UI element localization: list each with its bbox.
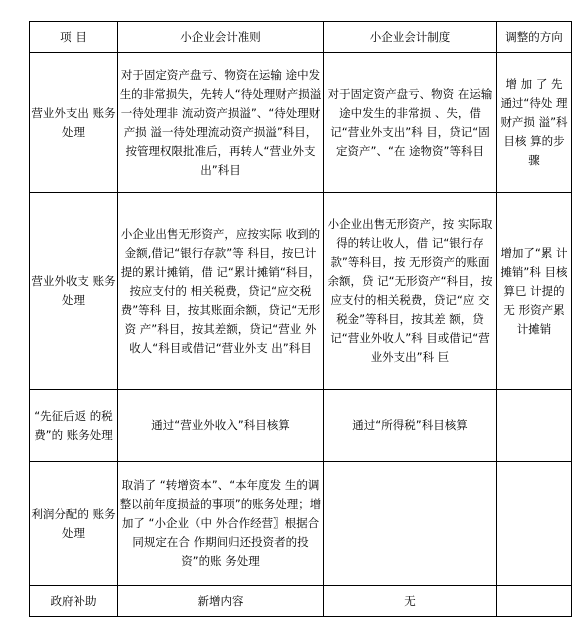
- row-item: 营业外支出 账务处理: [30, 53, 118, 193]
- row-standard: 取消了 “转增资本”、“本年度发 生的调整以前年度损益的事项”的账务处理；增加了…: [118, 462, 324, 586]
- row-system: [324, 462, 497, 586]
- comparison-table: 项 目 小企业会计准则 小企业会计制度 调整的方向 营业外支出 账务处理 对于固…: [29, 21, 572, 617]
- row-item: 政府补助: [30, 586, 118, 617]
- row-system: 对于固定资产盘亏、物资 在运输途中发生的非常损 、失，借记“营业外支出”科 目，…: [324, 53, 497, 193]
- row-standard: 对于固定资产盘亏、物资在运输 途中发生的非常损失，先转人“待处理财产损溢一待处理…: [118, 53, 324, 193]
- row-item: “先征后返 的税费”的 账务处理: [30, 390, 118, 462]
- row-item: 利润分配的 账务处理: [30, 462, 118, 586]
- header-direction: 调整的方向: [497, 22, 572, 53]
- table-row: 政府补助 新增内容 无: [30, 586, 572, 617]
- row-system: 无: [324, 586, 497, 617]
- header-system: 小企业会计制度: [324, 22, 497, 53]
- table-row: 营业外收支 账务处理 小企业出售无形资产，应按实际 收到的金额,借记“银行存款”…: [30, 193, 572, 390]
- table-row: “先征后返 的税费”的 账务处理 通过“营业外收入”科目核算 通过“所得税”科目…: [30, 390, 572, 462]
- row-direction: [497, 390, 572, 462]
- row-direction: [497, 586, 572, 617]
- row-item: 营业外收支 账务处理: [30, 193, 118, 390]
- row-standard: 通过“营业外收入”科目核算: [118, 390, 324, 462]
- header-item: 项 目: [30, 22, 118, 53]
- header-standard: 小企业会计准则: [118, 22, 324, 53]
- row-system: 通过“所得税”科目核算: [324, 390, 497, 462]
- row-standard: 新增内容: [118, 586, 324, 617]
- table-row: 营业外支出 账务处理 对于固定资产盘亏、物资在运输 途中发生的非常损失，先转人“…: [30, 53, 572, 193]
- row-standard: 小企业出售无形资产，应按实际 收到的金额,借记“银行存款”等 科目，按巳计提的累…: [118, 193, 324, 390]
- row-direction: 增 加 了 先 通过“待处 理财产损 溢”科目核 算的步骤: [497, 53, 572, 193]
- row-direction: 增加了“累 计摊销”科 目核算巳 计提的无 形资产累 计摊销: [497, 193, 572, 390]
- table-row: 利润分配的 账务处理 取消了 “转增资本”、“本年度发 生的调整以前年度损益的事…: [30, 462, 572, 586]
- row-system: 小企业出售无形资产，按 实际取得的转让收人，借 记“银行存款”等科目，按 无形资…: [324, 193, 497, 390]
- header-row: 项 目 小企业会计准则 小企业会计制度 调整的方向: [30, 22, 572, 53]
- row-direction: [497, 462, 572, 586]
